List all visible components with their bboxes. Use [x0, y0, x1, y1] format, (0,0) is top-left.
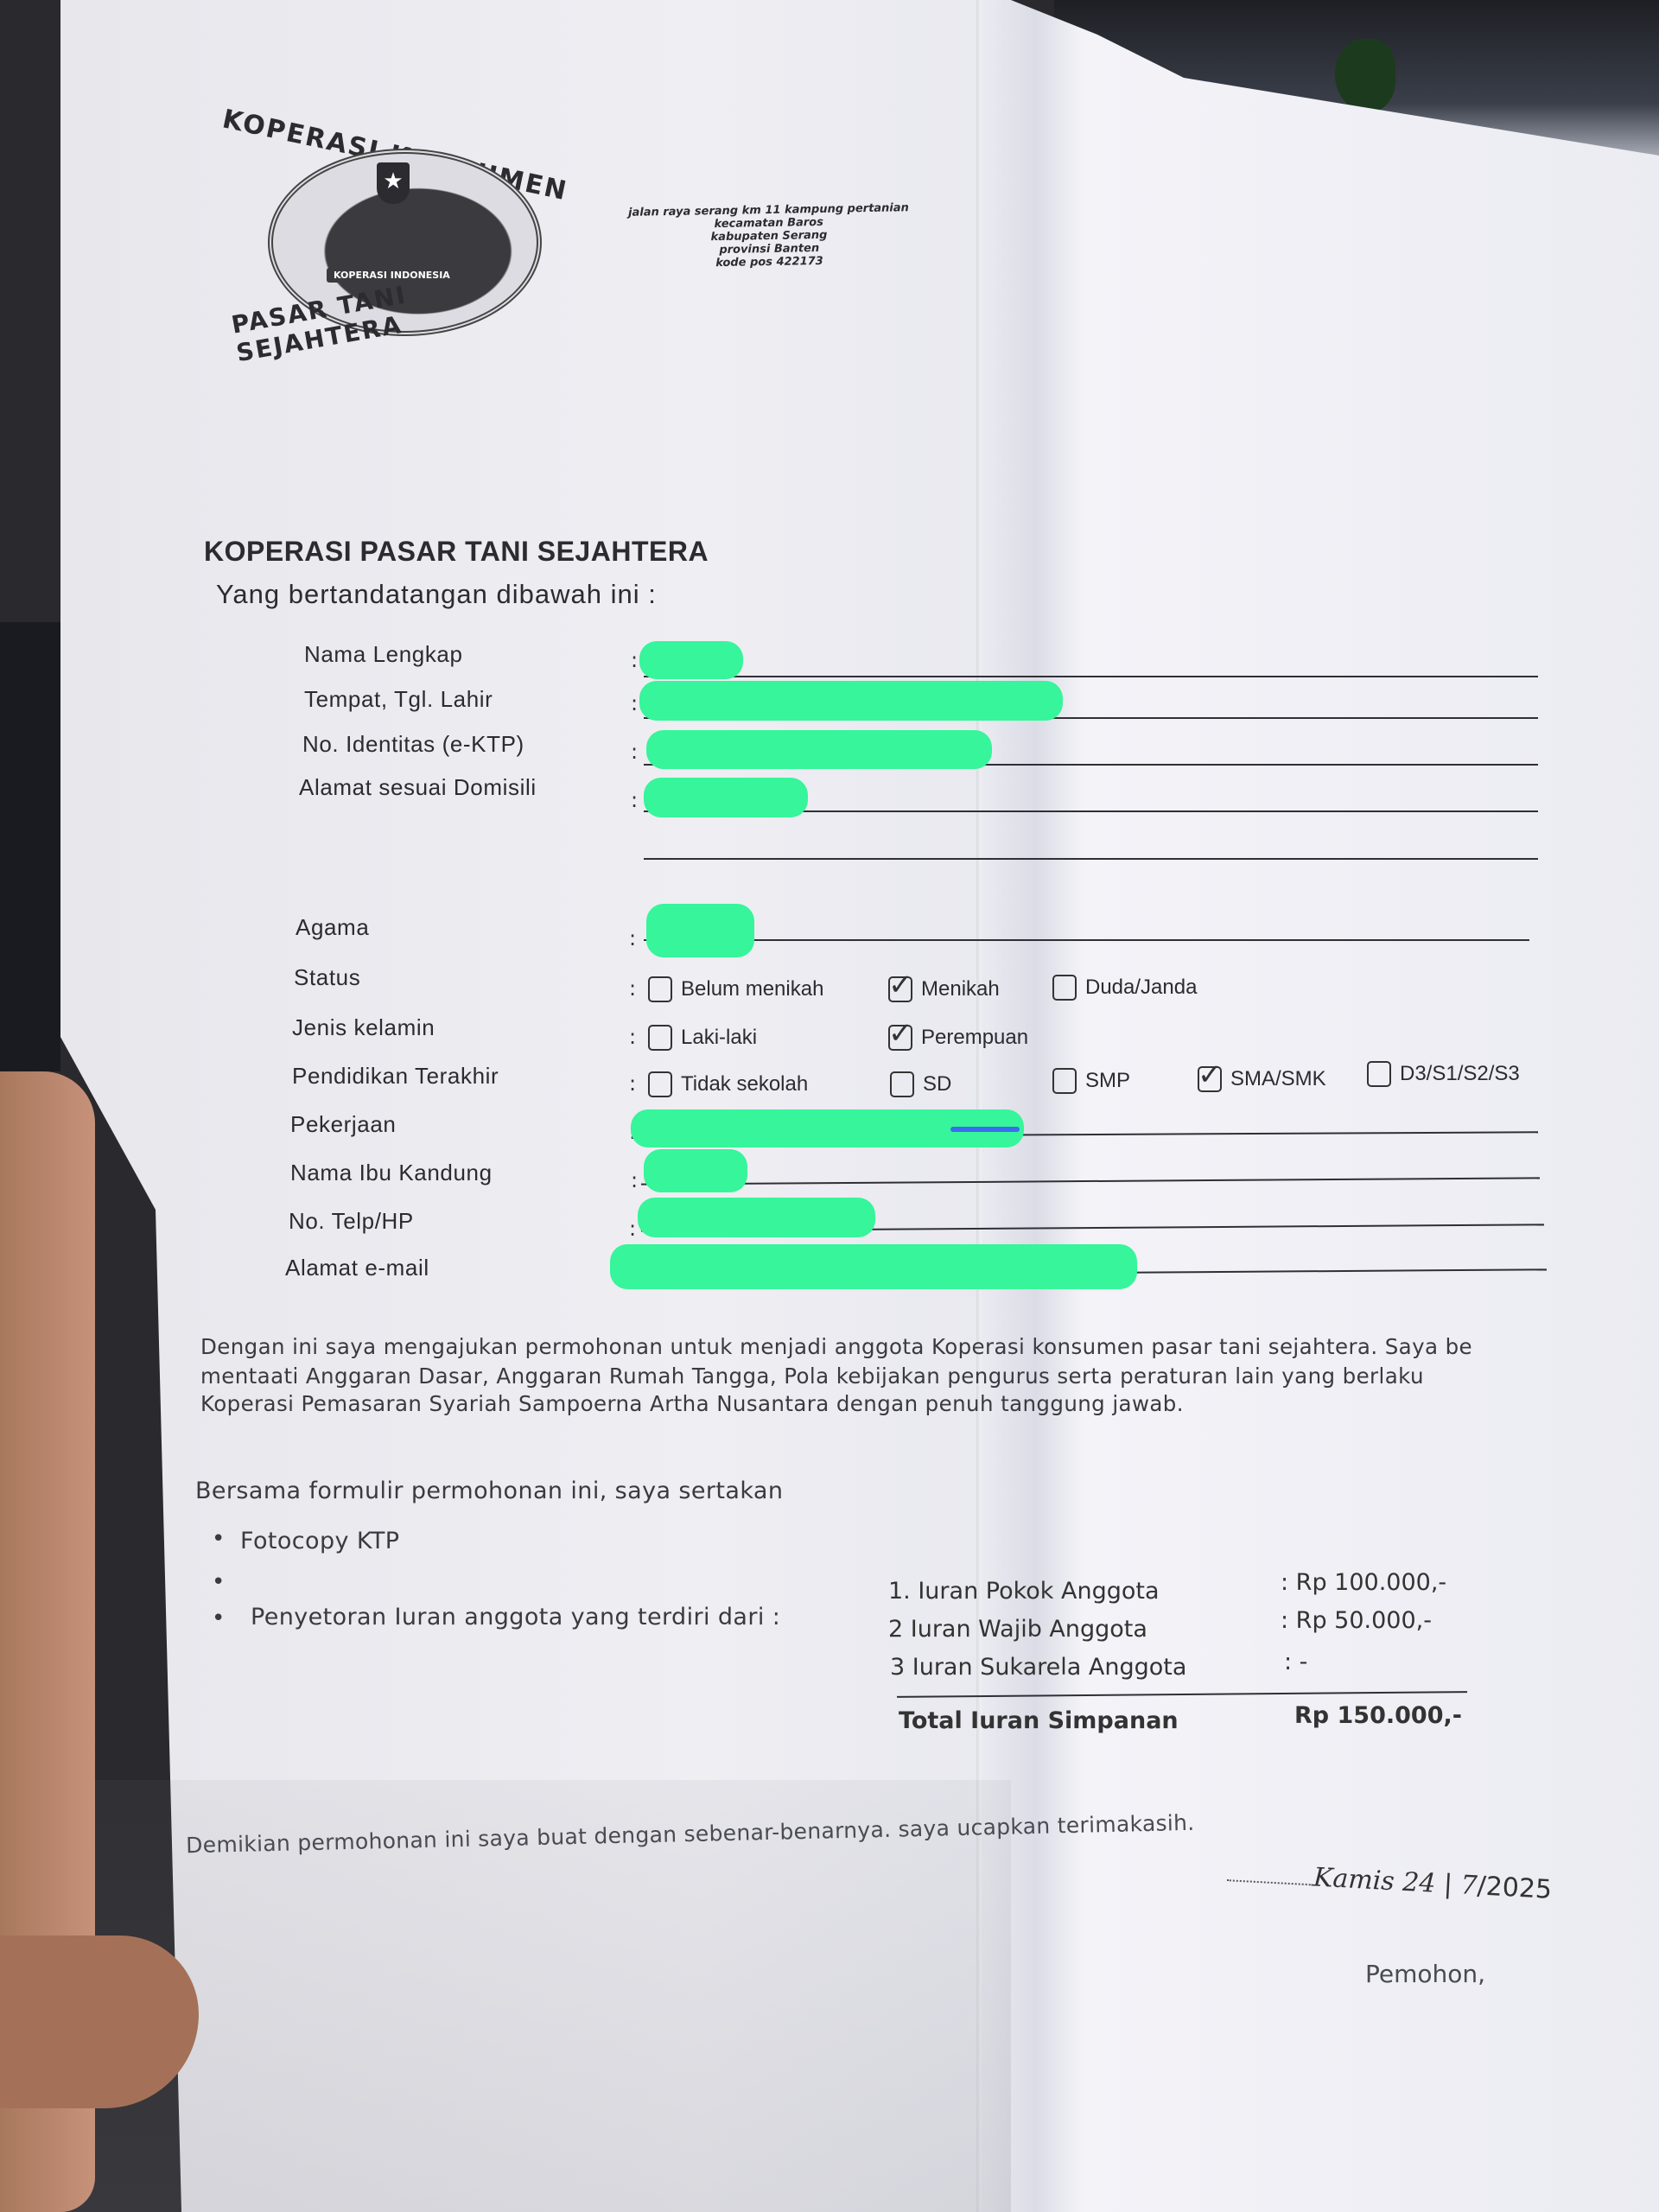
- option-label: Menikah: [921, 977, 1000, 1001]
- checkbox-checked-icon[interactable]: [1198, 1066, 1222, 1092]
- label-occupation: Pekerjaan: [290, 1111, 396, 1138]
- address-block: jalan raya serang km 11 kampung pertania…: [587, 200, 950, 271]
- label-mother-name: Nama Ibu Kandung: [290, 1160, 493, 1186]
- status-menikah[interactable]: Menikah: [888, 976, 1000, 1002]
- label-id-number: No. Identitas (e-KTP): [302, 731, 524, 758]
- redaction-birth: [639, 681, 1063, 721]
- attachments-intro: Bersama formulir permohonan ini, saya se…: [195, 1478, 783, 1504]
- edu-sma-smk[interactable]: SMA/SMK: [1198, 1066, 1326, 1092]
- form-intro: Yang bertandatangan dibawah ini :: [216, 579, 657, 610]
- redaction-email: [610, 1244, 1137, 1289]
- thumb: [0, 1935, 199, 2108]
- redaction-religion: [646, 904, 754, 957]
- fee-amount: : -: [1284, 1649, 1307, 1675]
- background-dark: [0, 622, 60, 1071]
- bullet-icon: •: [212, 1605, 225, 1631]
- status-belum-menikah[interactable]: Belum menikah: [648, 976, 823, 1002]
- fee-label: 1. Iuran Pokok Anggota: [888, 1578, 1160, 1605]
- checkbox-unchecked-icon[interactable]: [1052, 975, 1077, 1001]
- option-label: Belum menikah: [681, 977, 823, 1001]
- checkbox-checked-icon[interactable]: [888, 1025, 912, 1051]
- cooperative-logo: KOPERASI KONSUMEN ★ KOPERASI INDONESIA P…: [223, 104, 577, 337]
- label-email: Alamat e-mail: [285, 1255, 429, 1281]
- colon: :: [629, 1217, 636, 1241]
- bullet-icon: •: [212, 1569, 225, 1595]
- label-address: Alamat sesuai Domisili: [299, 774, 537, 801]
- colon: :: [631, 648, 638, 672]
- date-day-name: Kamis: [1313, 1862, 1395, 1897]
- option-label: SD: [923, 1072, 951, 1096]
- attachment-item: Penyetoran Iuran anggota yang terdiri da…: [251, 1604, 780, 1630]
- field-full-name[interactable]: [644, 676, 1538, 677]
- label-status: Status: [294, 964, 360, 991]
- statement-line: Koperasi Pemasaran Syariah Sampoerna Art…: [200, 1391, 1184, 1416]
- total-label: Total Iuran Simpanan: [899, 1707, 1179, 1734]
- checkbox-unchecked-icon[interactable]: [1367, 1061, 1391, 1087]
- colon: :: [631, 788, 638, 812]
- colon: :: [631, 1168, 638, 1192]
- colon: :: [629, 926, 636, 950]
- fee-label: 2 Iuran Wajib Anggota: [888, 1616, 1147, 1643]
- checkbox-unchecked-icon[interactable]: [648, 1071, 672, 1097]
- statement-line: Dengan ini saya mengajukan permohonan un…: [200, 1334, 1472, 1359]
- pen-mark: [950, 1127, 1020, 1132]
- field-address-line-2[interactable]: [644, 858, 1538, 860]
- bullet-icon: •: [212, 1526, 225, 1552]
- signature-label: Pemohon,: [1365, 1960, 1485, 1988]
- date-month: 7: [1460, 1870, 1478, 1901]
- colon: :: [629, 976, 636, 1001]
- label-education: Pendidikan Terakhir: [292, 1063, 499, 1090]
- status-duda-janda[interactable]: Duda/Janda: [1052, 975, 1197, 1001]
- label-gender: Jenis kelamin: [292, 1014, 435, 1041]
- statement-line: mentaati Anggaran Dasar, Anggaran Rumah …: [200, 1363, 1424, 1389]
- redaction-address: [644, 778, 808, 817]
- redaction-phone: [638, 1198, 875, 1237]
- star-shield-icon: ★: [377, 162, 410, 204]
- checkbox-unchecked-icon[interactable]: [648, 1025, 672, 1051]
- edu-tidak-sekolah[interactable]: Tidak sekolah: [648, 1071, 808, 1097]
- edu-d3-s1-s2-s3[interactable]: D3/S1/S2/S3: [1367, 1061, 1520, 1087]
- date-year: /2025: [1477, 1871, 1553, 1904]
- colon: :: [631, 691, 638, 715]
- date-day: 24: [1402, 1867, 1436, 1899]
- gender-perempuan[interactable]: Perempuan: [888, 1025, 1028, 1051]
- total-amount: Rp 150.000,-: [1294, 1702, 1462, 1729]
- fee-amount: : Rp 50.000,-: [1281, 1607, 1432, 1634]
- redaction-id-number: [646, 730, 992, 769]
- label-phone: No. Telp/HP: [289, 1208, 414, 1235]
- label-birth: Tempat, Tgl. Lahir: [304, 686, 493, 713]
- option-label: Tidak sekolah: [681, 1072, 808, 1096]
- colon: :: [629, 1071, 636, 1096]
- fee-amount: : Rp 100.000,-: [1281, 1569, 1446, 1596]
- option-label: Duda/Janda: [1085, 976, 1197, 1000]
- form-title: KOPERASI PASAR TANI SEJAHTERA: [204, 536, 709, 568]
- edu-smp[interactable]: SMP: [1052, 1068, 1130, 1094]
- checkbox-unchecked-icon[interactable]: [890, 1071, 914, 1097]
- label-religion: Agama: [296, 914, 369, 941]
- checkbox-unchecked-icon[interactable]: [1052, 1068, 1077, 1094]
- date-dots: [1227, 1879, 1313, 1885]
- option-label: Laki-laki: [681, 1026, 757, 1050]
- redaction-mother-name: [644, 1149, 747, 1192]
- label-full-name: Nama Lengkap: [304, 641, 463, 668]
- colon: :: [629, 1025, 636, 1049]
- option-label: D3/S1/S2/S3: [1400, 1062, 1520, 1086]
- background-plant: [1335, 39, 1395, 112]
- checkbox-checked-icon[interactable]: [888, 976, 912, 1002]
- edu-sd[interactable]: SD: [890, 1071, 951, 1097]
- gender-laki-laki[interactable]: Laki-laki: [648, 1025, 757, 1051]
- option-label: SMP: [1085, 1069, 1130, 1093]
- redaction-full-name: [639, 641, 743, 679]
- checkbox-unchecked-icon[interactable]: [648, 976, 672, 1002]
- option-label: Perempuan: [921, 1026, 1028, 1050]
- colon: :: [631, 740, 638, 764]
- attachment-item: Fotocopy KTP: [240, 1528, 399, 1554]
- fee-label: 3 Iuran Sukarela Anggota: [890, 1654, 1186, 1681]
- option-label: SMA/SMK: [1230, 1067, 1326, 1091]
- field-religion[interactable]: [644, 939, 1529, 941]
